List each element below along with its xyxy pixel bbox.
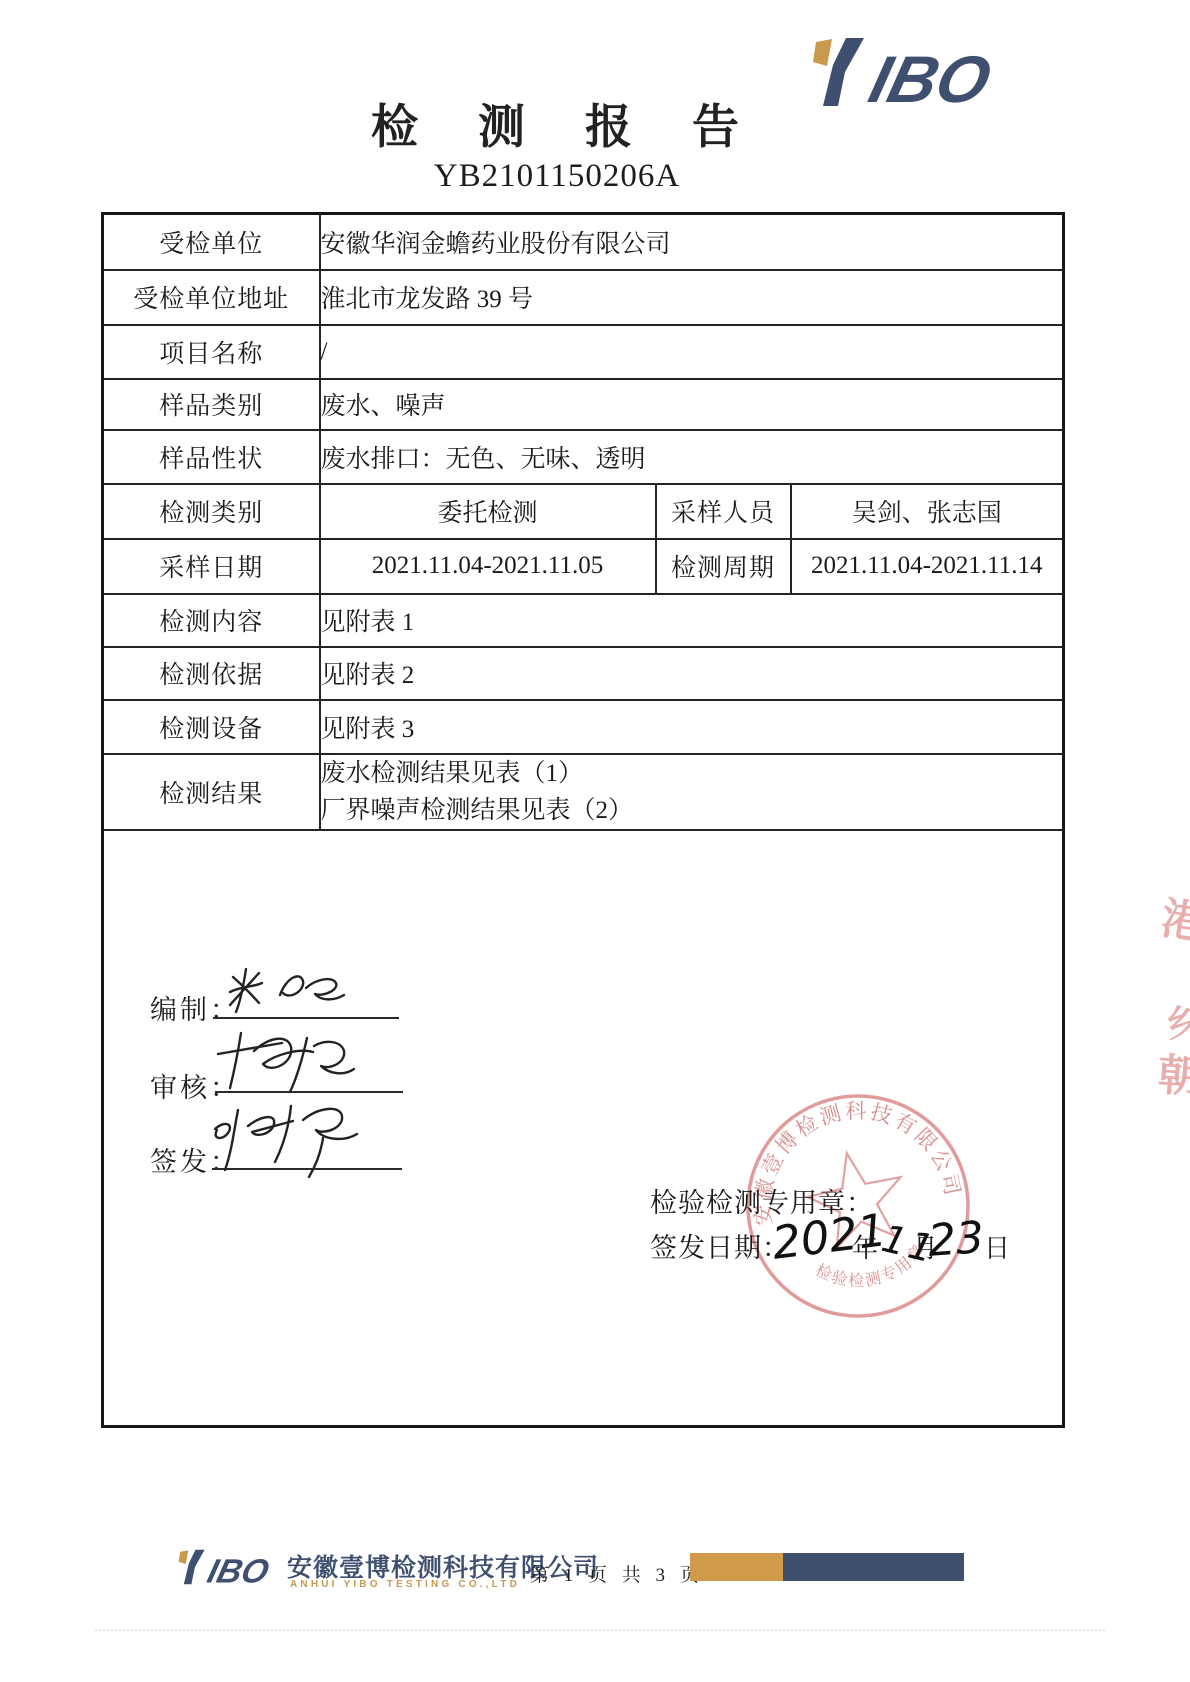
yibo-footer-logo-text: IBO xyxy=(204,1553,273,1587)
svg-text:检验检测专用章: 检验检测专用章 xyxy=(809,1237,934,1300)
value-unit-address: 淮北市龙发路 39 号 xyxy=(320,270,1064,325)
table-row: 检测依据 见附表 2 xyxy=(103,647,1064,700)
label-sample-properties: 样品性状 xyxy=(103,430,320,484)
value-test-basis: 见附表 2 xyxy=(320,647,1064,700)
label-sampling-date: 采样日期 xyxy=(103,539,320,594)
seal-bottom-arc-text: 检验检测专用章 xyxy=(809,1237,934,1300)
yibo-footer-logo-graphic: IBO xyxy=(170,1547,282,1587)
label-test-period: 检测周期 xyxy=(656,539,791,594)
footer-bar-gold xyxy=(690,1553,783,1581)
value-sample-category: 废水、噪声 xyxy=(320,379,1064,430)
value-project-name: / xyxy=(320,325,1064,379)
table-row: 样品性状 废水排口：无色、无味、透明 xyxy=(103,430,1064,484)
label-project-name: 项目名称 xyxy=(103,325,320,379)
reviewed-by-signature xyxy=(210,1026,365,1098)
label-test-equipment: 检测设备 xyxy=(103,700,320,754)
label-test-results: 检测结果 xyxy=(103,754,320,830)
footer-company-name-en: ANHUI YIBO TESTING CO.,LTD xyxy=(290,1579,520,1590)
table-row: 样品类别 废水、噪声 xyxy=(103,379,1064,430)
prepared-by-signature xyxy=(222,962,354,1018)
yibo-footer-logo: IBO xyxy=(170,1547,282,1592)
label-test-category: 检测类别 xyxy=(103,484,320,539)
table-row: 采样日期 2021.11.04-2021.11.05 检测周期 2021.11.… xyxy=(103,539,1064,594)
seal-star-icon xyxy=(800,1143,912,1251)
value-test-content: 见附表 1 xyxy=(320,594,1064,647)
value-test-equipment: 见附表 3 xyxy=(320,700,1064,754)
test-results-line2: 厂界噪声检测结果见表（2） xyxy=(321,792,1063,829)
value-inspected-unit: 安徽华润金蟾药业股份有限公司 xyxy=(320,214,1064,270)
table-row: 受检单位地址 淮北市龙发路 39 号 xyxy=(103,270,1064,325)
label-inspected-unit: 受检单位 xyxy=(103,214,320,270)
label-unit-address: 受检单位地址 xyxy=(103,270,320,325)
table-row: 检测设备 见附表 3 xyxy=(103,700,1064,754)
footer-bar-blue xyxy=(783,1553,964,1581)
value-sampling-personnel: 吴剑、张志国 xyxy=(791,484,1064,539)
label-sampling-personnel: 采样人员 xyxy=(656,484,791,539)
value-sampling-date: 2021.11.04-2021.11.05 xyxy=(320,539,656,594)
issued-by-signature xyxy=(203,1098,385,1180)
footer-logo-y-gold-arm xyxy=(179,1550,189,1564)
edge-stamp-fragment-1: 港 xyxy=(1158,882,1190,952)
value-test-period: 2021.11.04-2021.11.14 xyxy=(791,539,1064,594)
label-sample-category: 样品类别 xyxy=(103,379,320,430)
table-row: 检测类别 委托检测 采样人员 吴剑、张志国 xyxy=(103,484,1064,539)
logo-y-gold-arm xyxy=(813,39,832,66)
day-unit: 日 xyxy=(984,1228,1010,1265)
value-test-results: 废水检测结果见表（1） 厂界噪声检测结果见表（2） xyxy=(320,754,1064,830)
table-row: 检测内容 见附表 1 xyxy=(103,594,1064,647)
label-test-basis: 检测依据 xyxy=(103,647,320,700)
edge-stamp-fragment-3: 朝 xyxy=(1156,1039,1190,1106)
label-test-content: 检测内容 xyxy=(103,594,320,647)
test-results-line1: 废水检测结果见表（1） xyxy=(321,755,1063,792)
table-row: 受检单位 安徽华润金蟾药业股份有限公司 xyxy=(103,214,1064,270)
value-sample-properties: 废水排口：无色、无味、透明 xyxy=(320,430,1064,484)
table-row: 项目名称 / xyxy=(103,325,1064,379)
page-title: 检测报告 xyxy=(0,90,1110,157)
value-test-category: 委托检测 xyxy=(320,484,656,539)
footer-page-indicator: 第 1 页 共 3 页 xyxy=(530,1560,704,1587)
report-page: IBO 检测报告 YB2101150206A 受检单位 安徽华润金蟾药业股份有限… xyxy=(0,0,1190,1682)
report-number: YB2101150206A xyxy=(0,158,1114,195)
company-seal-stamp: 安徽壹博检测科技有限公司 检验检测专用章 xyxy=(738,1086,978,1326)
scan-artifact-line xyxy=(95,1629,1105,1631)
table-row: 检测结果 废水检测结果见表（1） 厂界噪声检测结果见表（2） xyxy=(103,754,1064,830)
